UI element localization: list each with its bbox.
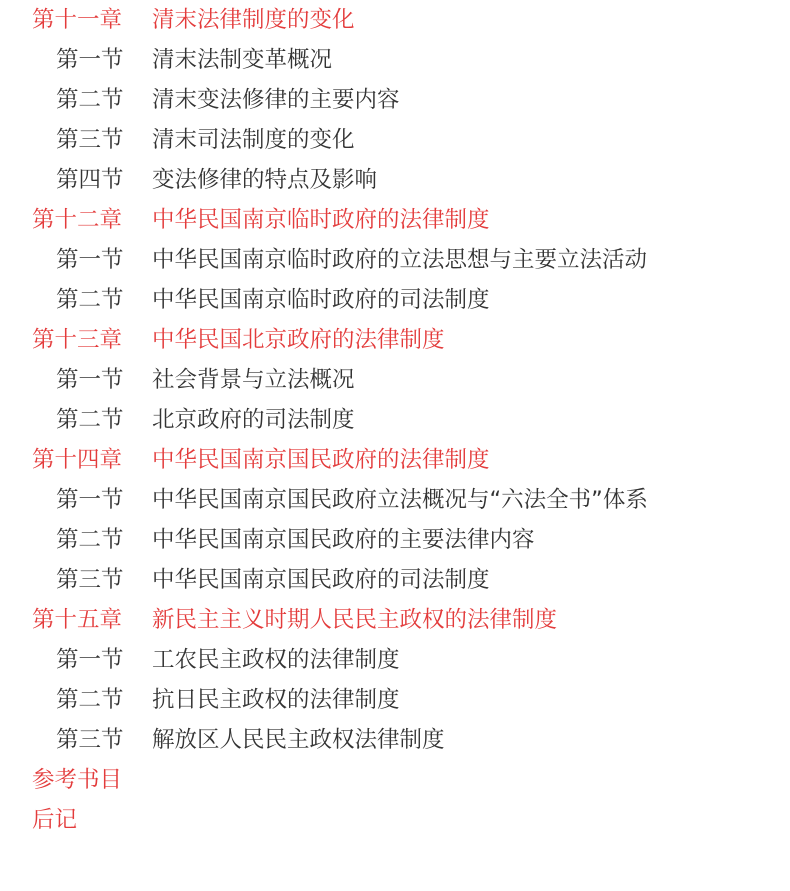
chapter-label: 第十四章 xyxy=(32,440,122,480)
chapter-label: 第十二章 xyxy=(32,200,122,240)
chapter-title: 新民主主义时期人民民主政权的法律制度 xyxy=(152,600,557,640)
section-title: 工农民主政权的法律制度 xyxy=(152,640,400,680)
section-title: 清末变法修律的主要内容 xyxy=(152,80,400,120)
section-title: 清末司法制度的变化 xyxy=(152,120,355,160)
chapter-title: 中华民国北京政府的法律制度 xyxy=(152,320,445,360)
section-label: 第三节 xyxy=(56,720,124,760)
section-label: 第三节 xyxy=(56,560,124,600)
section-title: 变法修律的特点及影响 xyxy=(152,160,377,200)
section-title: 抗日民主政权的法律制度 xyxy=(152,680,400,720)
chapter-title: 中华民国南京临时政府的法律制度 xyxy=(152,200,490,240)
section-label: 第二节 xyxy=(56,520,124,560)
section-title: 中华民国南京国民政府的主要法律内容 xyxy=(152,520,535,560)
references-label: 参考书目 xyxy=(32,760,122,800)
section-label: 第二节 xyxy=(56,400,124,440)
section-title: 社会背景与立法概况 xyxy=(152,360,355,400)
section-label: 第一节 xyxy=(56,40,124,80)
chapter-label: 第十一章 xyxy=(32,0,122,40)
section-label: 第一节 xyxy=(56,240,124,280)
section-label: 第一节 xyxy=(56,640,124,680)
chapter-title: 中华民国南京国民政府的法律制度 xyxy=(152,440,490,480)
chapter-label: 第十三章 xyxy=(32,320,122,360)
section-title: 北京政府的司法制度 xyxy=(152,400,355,440)
section-title: 中华民国南京临时政府的立法思想与主要立法活动 xyxy=(152,240,647,280)
section-title: 中华民国南京国民政府立法概况与“六法全书”体系 xyxy=(152,480,648,520)
section-title: 中华民国南京国民政府的司法制度 xyxy=(152,560,490,600)
section-label: 第二节 xyxy=(56,80,124,120)
section-label: 第三节 xyxy=(56,120,124,160)
section-label: 第二节 xyxy=(56,280,124,320)
section-label: 第四节 xyxy=(56,160,124,200)
section-title: 清末法制变革概况 xyxy=(152,40,332,80)
section-title: 中华民国南京临时政府的司法制度 xyxy=(152,280,490,320)
chapter-title: 清末法律制度的变化 xyxy=(152,0,355,40)
section-label: 第一节 xyxy=(56,360,124,400)
section-label: 第一节 xyxy=(56,480,124,520)
section-title: 解放区人民民主政权法律制度 xyxy=(152,720,445,760)
chapter-label: 第十五章 xyxy=(32,600,122,640)
afterword-label: 后记 xyxy=(32,800,77,840)
section-label: 第二节 xyxy=(56,680,124,720)
